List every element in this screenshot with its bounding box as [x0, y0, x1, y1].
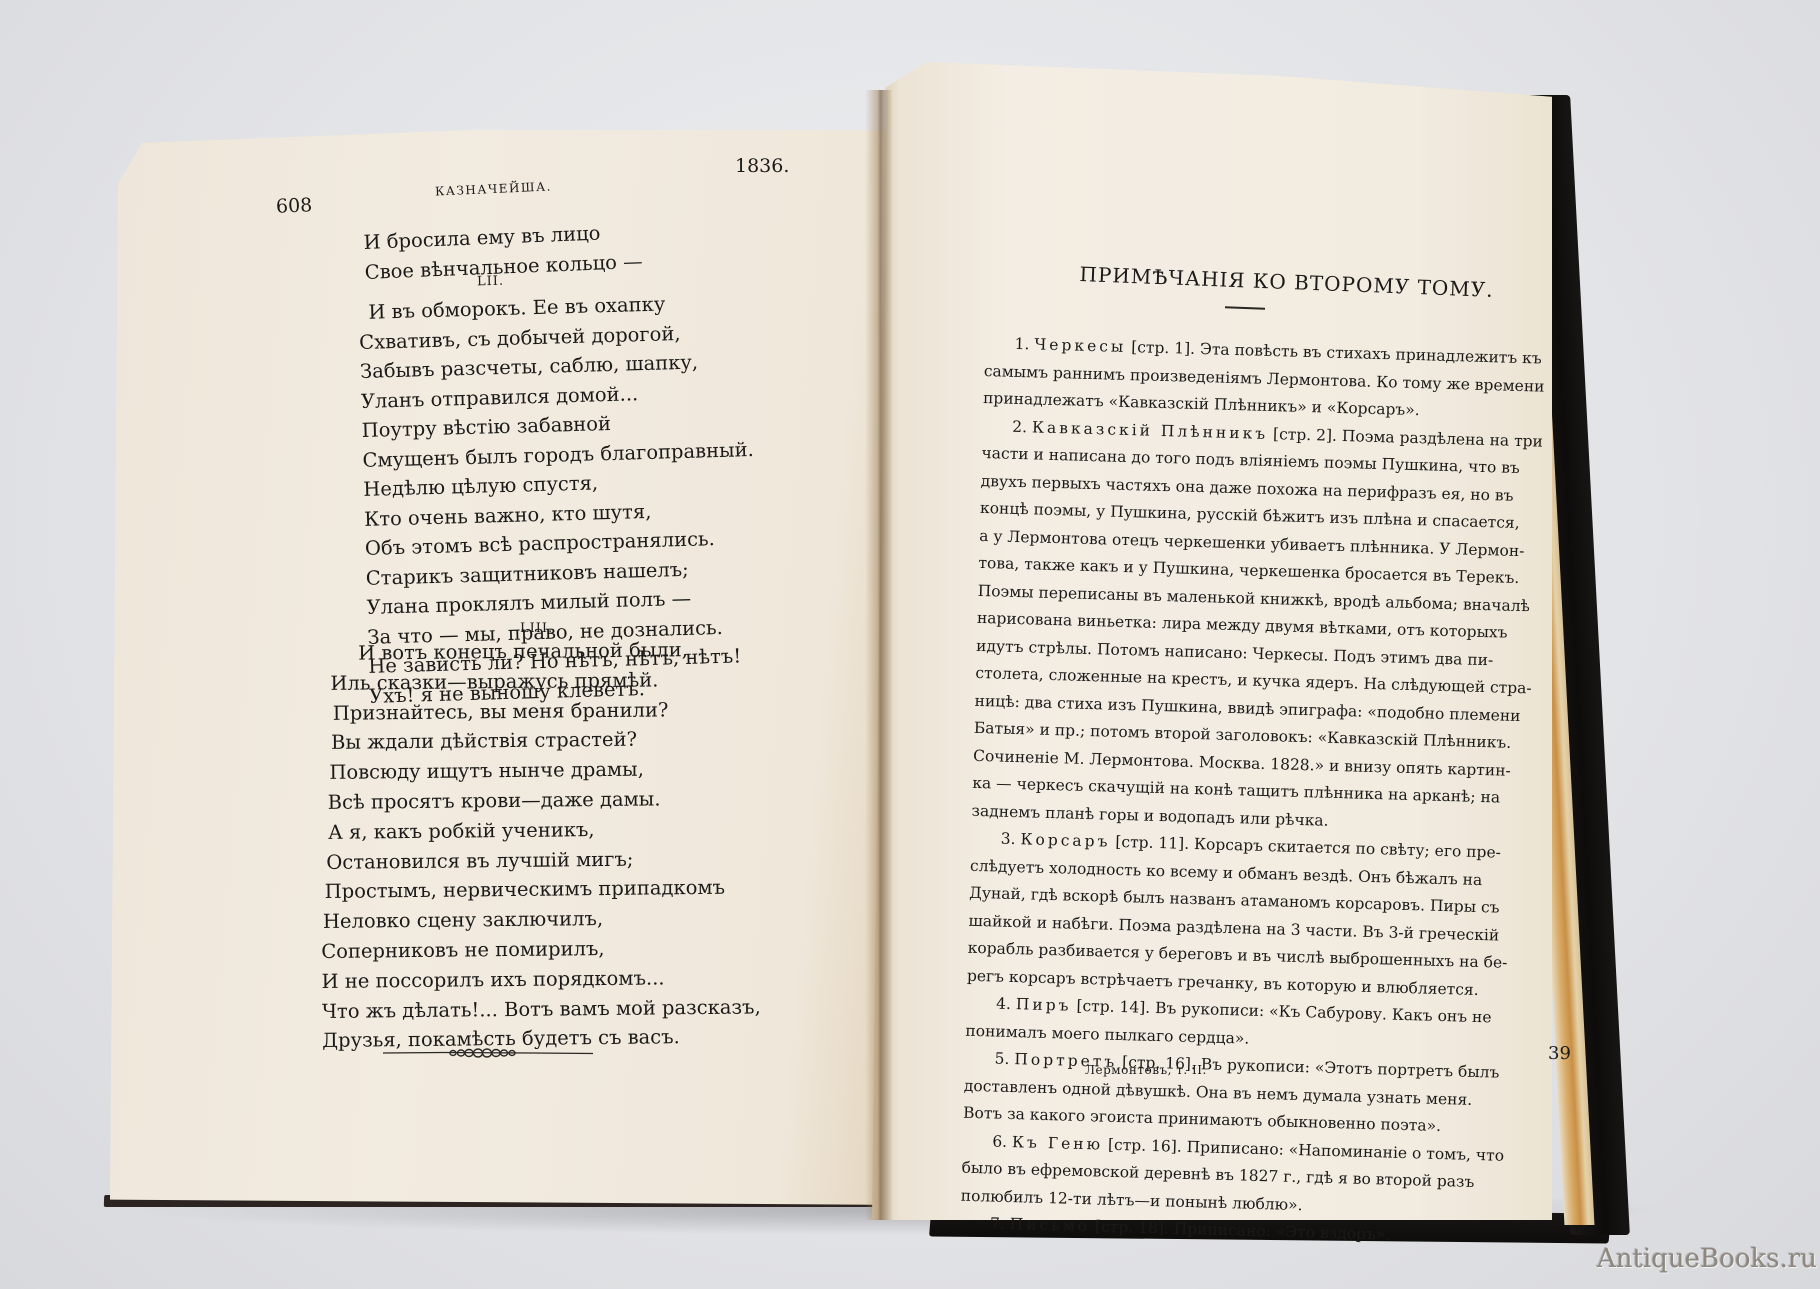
watermark: AntiqueBooks.ru [1597, 1244, 1817, 1274]
notes-body: 1. Черкесы [стр. 1]. Эта повѣсть въ стих… [960, 330, 1540, 1253]
note-title: Письмо [1010, 1215, 1091, 1235]
verse-line: А я, какъ робкій ученикъ, [320, 813, 759, 847]
right-page-number: 39 [1548, 1043, 1571, 1064]
verse-line: Соперниковъ не помирилъ, [321, 932, 760, 966]
note-title: Кавказскій Плѣнникъ [1032, 418, 1269, 443]
note-title: Черкесы [1034, 335, 1126, 356]
verse-line: Простымъ, нервическимъ припадкомъ [320, 873, 759, 907]
note-title: Корсаръ [1020, 830, 1110, 851]
verse-line: И не поссорилъ ихъ порядкомъ... [321, 962, 760, 996]
photo-scene: 608 КАЗНАЧЕЙША. 1836. И бросила ему въ л… [0, 0, 1820, 1289]
verse-line: Повсюду ищутъ нынче драмы, [319, 754, 758, 788]
verse-line: Признайтесь, вы меня бранили? [319, 694, 758, 728]
printer-signature: Лермонтовъ, т. II. [1085, 1063, 1207, 1077]
verse-line: Остановился въ лучшій мигъ; [320, 843, 759, 877]
verse-line: Всѣ просятъ крови—даже дамы. [320, 783, 759, 817]
book-gutter [865, 90, 893, 1220]
left-page-number: 608 [276, 194, 313, 218]
year-header: 1836. [735, 155, 789, 177]
verse-line: Неловко сцену заключилъ, [321, 903, 760, 937]
note-title: Пиръ [1016, 995, 1072, 1015]
verse-line: Иль сказки—выражусь прямѣй. [318, 664, 757, 698]
stanza-number: LIII. [520, 621, 553, 636]
verse-line: И вотъ конецъ печальной были, [318, 634, 757, 668]
verse-line: Вы ждали дѣйствія страстей? [319, 724, 758, 758]
verse-line: Что жъ дѣлать!... Вотъ вамъ мой разсказъ… [322, 992, 761, 1026]
stanza-number: LII. [477, 274, 504, 290]
stanza-53: И вотъ конецъ печальной были, Иль сказки… [318, 634, 761, 1056]
ornament-divider-icon [383, 1047, 593, 1059]
note-title: Къ Геню [1012, 1133, 1104, 1154]
